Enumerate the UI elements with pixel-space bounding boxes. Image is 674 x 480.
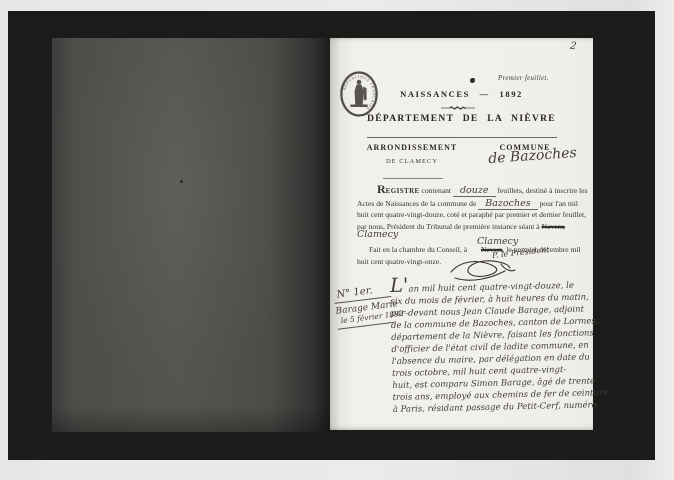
registre-initial: R <box>377 182 386 196</box>
act-margin-annotation: N° 1er. Barage Marie le 5 février 1892 <box>333 283 394 330</box>
scan-background: 2 RÉPUBLIQUE FRANÇAISE Premier feuillet.… <box>0 0 674 480</box>
commune-name-handwritten: Bazoches <box>478 198 537 210</box>
register-statement: REGISTRE contenant douze feuillets, dest… <box>357 184 589 244</box>
register-title-page: 2 RÉPUBLIQUE FRANÇAISE Premier feuillet.… <box>330 38 593 430</box>
arrondissement-value: DE CLAMECY <box>352 158 472 165</box>
horizontal-rule <box>367 137 557 138</box>
statement-text: contenant <box>422 186 452 195</box>
page-number: 2 <box>569 41 577 53</box>
signature-flourish-icon <box>443 252 521 282</box>
page-title: NAISSANCES — 1892 <box>330 89 593 99</box>
registre-word: EGISTRE <box>386 187 420 195</box>
flourish-divider-icon <box>441 103 475 112</box>
department-heading: DÉPARTEMENT DE LA NIÈVRE <box>330 114 593 124</box>
ink-blot <box>470 78 475 83</box>
arrondissement-underline <box>383 178 443 179</box>
feuillet-count-handwritten: douze <box>453 185 496 197</box>
dust-speck <box>180 180 183 183</box>
arrondissement-label: ARRONDISSEMENT <box>352 143 472 152</box>
premier-feuillet-note: Premier feuillet. <box>498 74 588 82</box>
corrected-city-handwritten: Clamecy <box>357 229 398 240</box>
struck-city: Nevers, <box>542 222 565 231</box>
left-blank-page <box>52 38 330 432</box>
corrected-city-handwritten: Clamecy <box>465 236 518 248</box>
act-text: L'an mil huit cent quatre-vingt-douze, l… <box>390 279 596 416</box>
